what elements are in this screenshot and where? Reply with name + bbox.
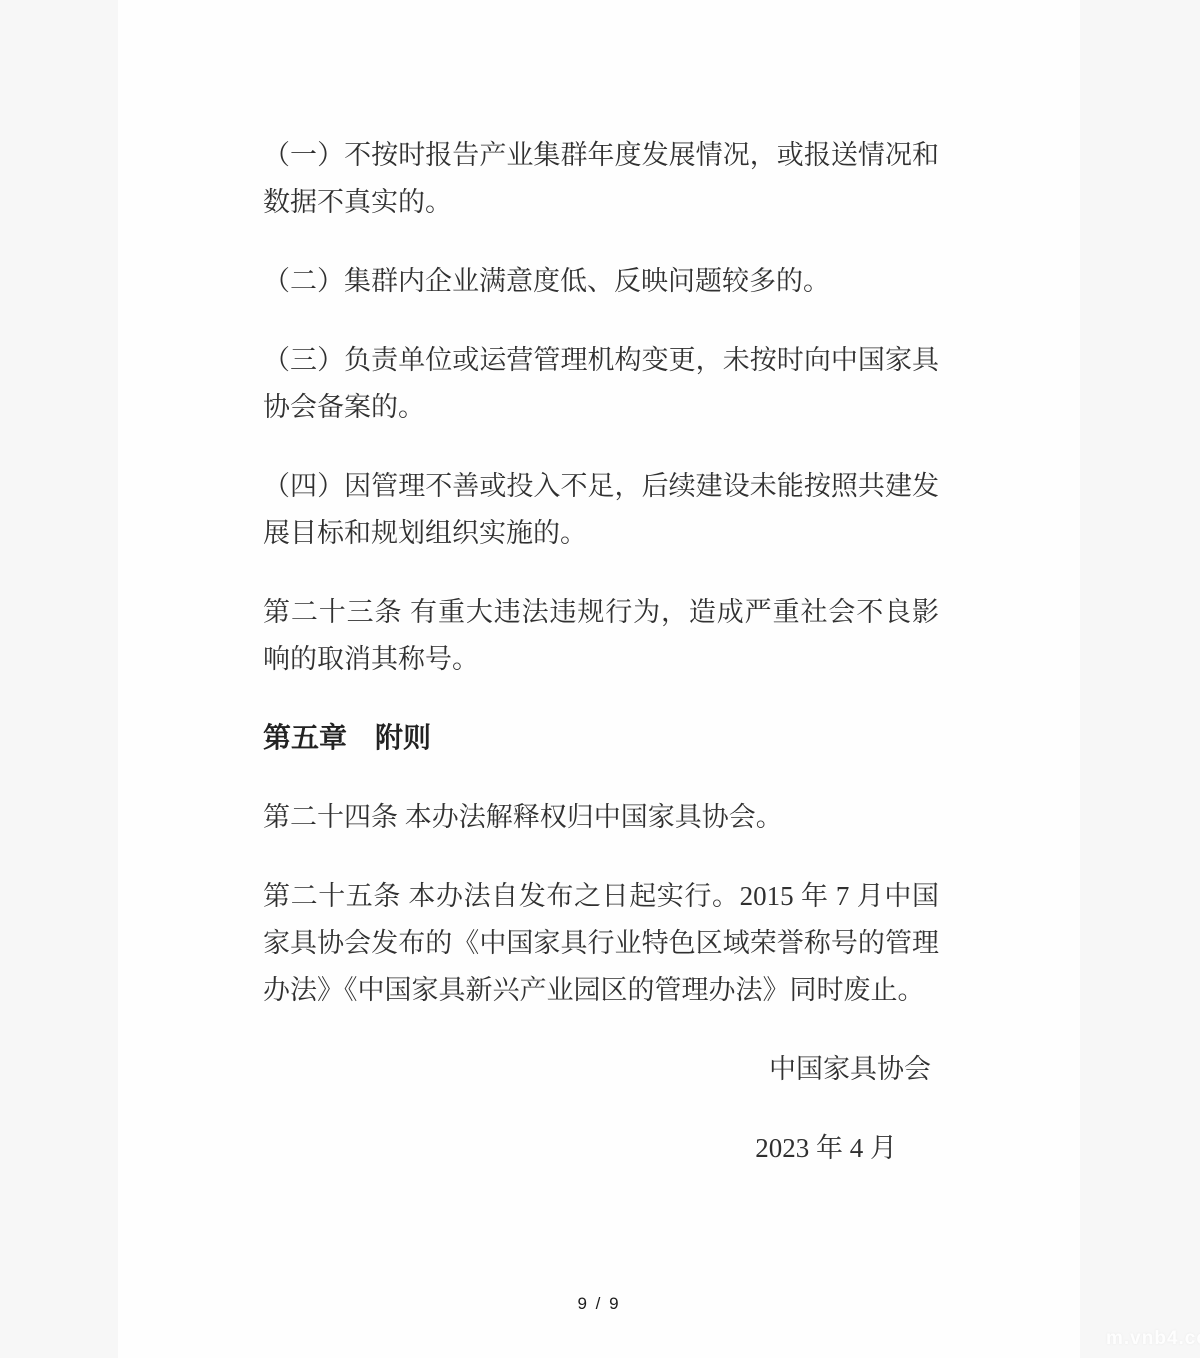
clause-item-1: （一）不按时报告产业集群年度发展情况，或报送情况和数据不真实的。 xyxy=(263,132,939,226)
article-24: 第二十四条 本办法解释权归中国家具协会。 xyxy=(263,794,939,841)
article-25: 第二十五条 本办法自发布之日起实行。2015 年 7 月中国家具协会发布的《中国… xyxy=(263,873,939,1014)
signature-date: 2023 年 4 月 xyxy=(263,1125,939,1172)
clause-item-3: （三）负责单位或运营管理机构变更，未按时向中国家具协会备案的。 xyxy=(263,337,939,431)
article-23: 第二十三条 有重大违法违规行为，造成严重社会不良影响的取消其称号。 xyxy=(263,589,939,683)
document-content: （一）不按时报告产业集群年度发展情况，或报送情况和数据不真实的。 （二）集群内企… xyxy=(263,132,939,1204)
watermark: m.vnb4.com xyxy=(1106,1328,1200,1350)
chapter-5-heading: 第五章 附则 xyxy=(263,715,939,762)
document-page: （一）不按时报告产业集群年度发展情况，或报送情况和数据不真实的。 （二）集群内企… xyxy=(118,0,1080,1358)
clause-item-4: （四）因管理不善或投入不足，后续建设未能按照共建发展目标和规划组织实施的。 xyxy=(263,463,939,557)
signature-organization: 中国家具协会 xyxy=(263,1046,939,1093)
page-number-indicator: 9 / 9 xyxy=(118,1294,1080,1314)
clause-item-2: （二）集群内企业满意度低、反映问题较多的。 xyxy=(263,258,939,305)
